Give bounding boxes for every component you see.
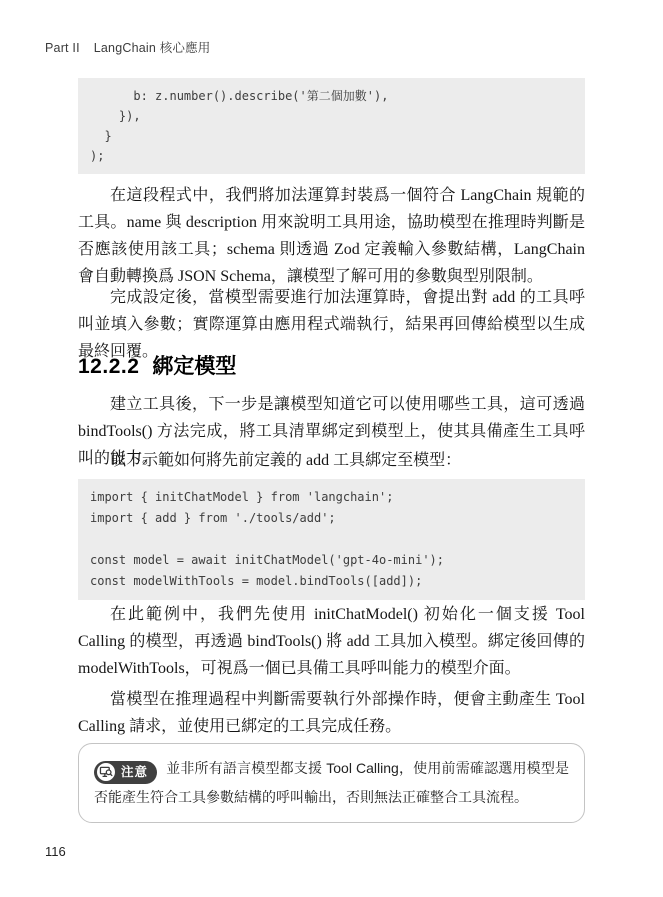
code-line: const modelWithTools = model.bindTools([… — [90, 571, 573, 592]
code-line: b: z.number().describe('第二個加數'), — [90, 86, 573, 106]
running-head-part: Part II — [45, 41, 80, 55]
book-page: Part IILangChain 核心應用 b: z.number().desc… — [0, 0, 663, 897]
section-title: 綁定模型 — [152, 355, 236, 378]
code-block-bind-tools: import { initChatModel } from 'langchain… — [78, 479, 585, 600]
section-heading: 12.2.2綁定模型 — [78, 350, 585, 380]
paragraph-code-lead-in: 以下示範如何將先前定義的 add 工具綁定至模型： — [78, 447, 585, 474]
note-callout: 注意 並非所有語言模型都支援 Tool Calling，使用前需確認選用模型是否… — [78, 743, 585, 823]
page-number: 116 — [45, 844, 66, 859]
code-line: import { add } from './tools/add'; — [90, 508, 573, 529]
running-head: Part IILangChain 核心應用 — [45, 38, 211, 56]
monitor-magnifier-icon — [96, 762, 116, 782]
note-badge: 注意 — [94, 761, 157, 784]
paragraph-example-explanation: 在此範例中，我們先使用 initChatModel() 初始化一個支援 Tool… — [78, 601, 585, 682]
code-block-tool-schema: b: z.number().describe('第二個加數'), }), } )… — [78, 78, 585, 174]
note-text: 並非所有語言模型都支援 Tool Calling，使用前需確認選用模型是否能產生… — [94, 760, 569, 805]
code-line: }), — [90, 106, 573, 126]
paragraph-tool-explanation: 在這段程式中，我們將加法運算封裝爲一個符合 LangChain 規範的工具。na… — [78, 182, 585, 290]
note-badge-label: 注意 — [121, 759, 148, 785]
section-number: 12.2.2 — [78, 355, 139, 378]
paragraph-tool-calling-behavior: 當模型在推理過程中判斷需要執行外部操作時，便會主動產生 Tool Calling… — [78, 686, 585, 740]
code-line: const model = await initChatModel('gpt-4… — [90, 550, 573, 571]
running-head-title: LangChain 核心應用 — [94, 41, 211, 55]
code-line — [90, 529, 573, 550]
code-line: import { initChatModel } from 'langchain… — [90, 487, 573, 508]
code-line: } — [90, 126, 573, 146]
code-line: ); — [90, 146, 573, 166]
